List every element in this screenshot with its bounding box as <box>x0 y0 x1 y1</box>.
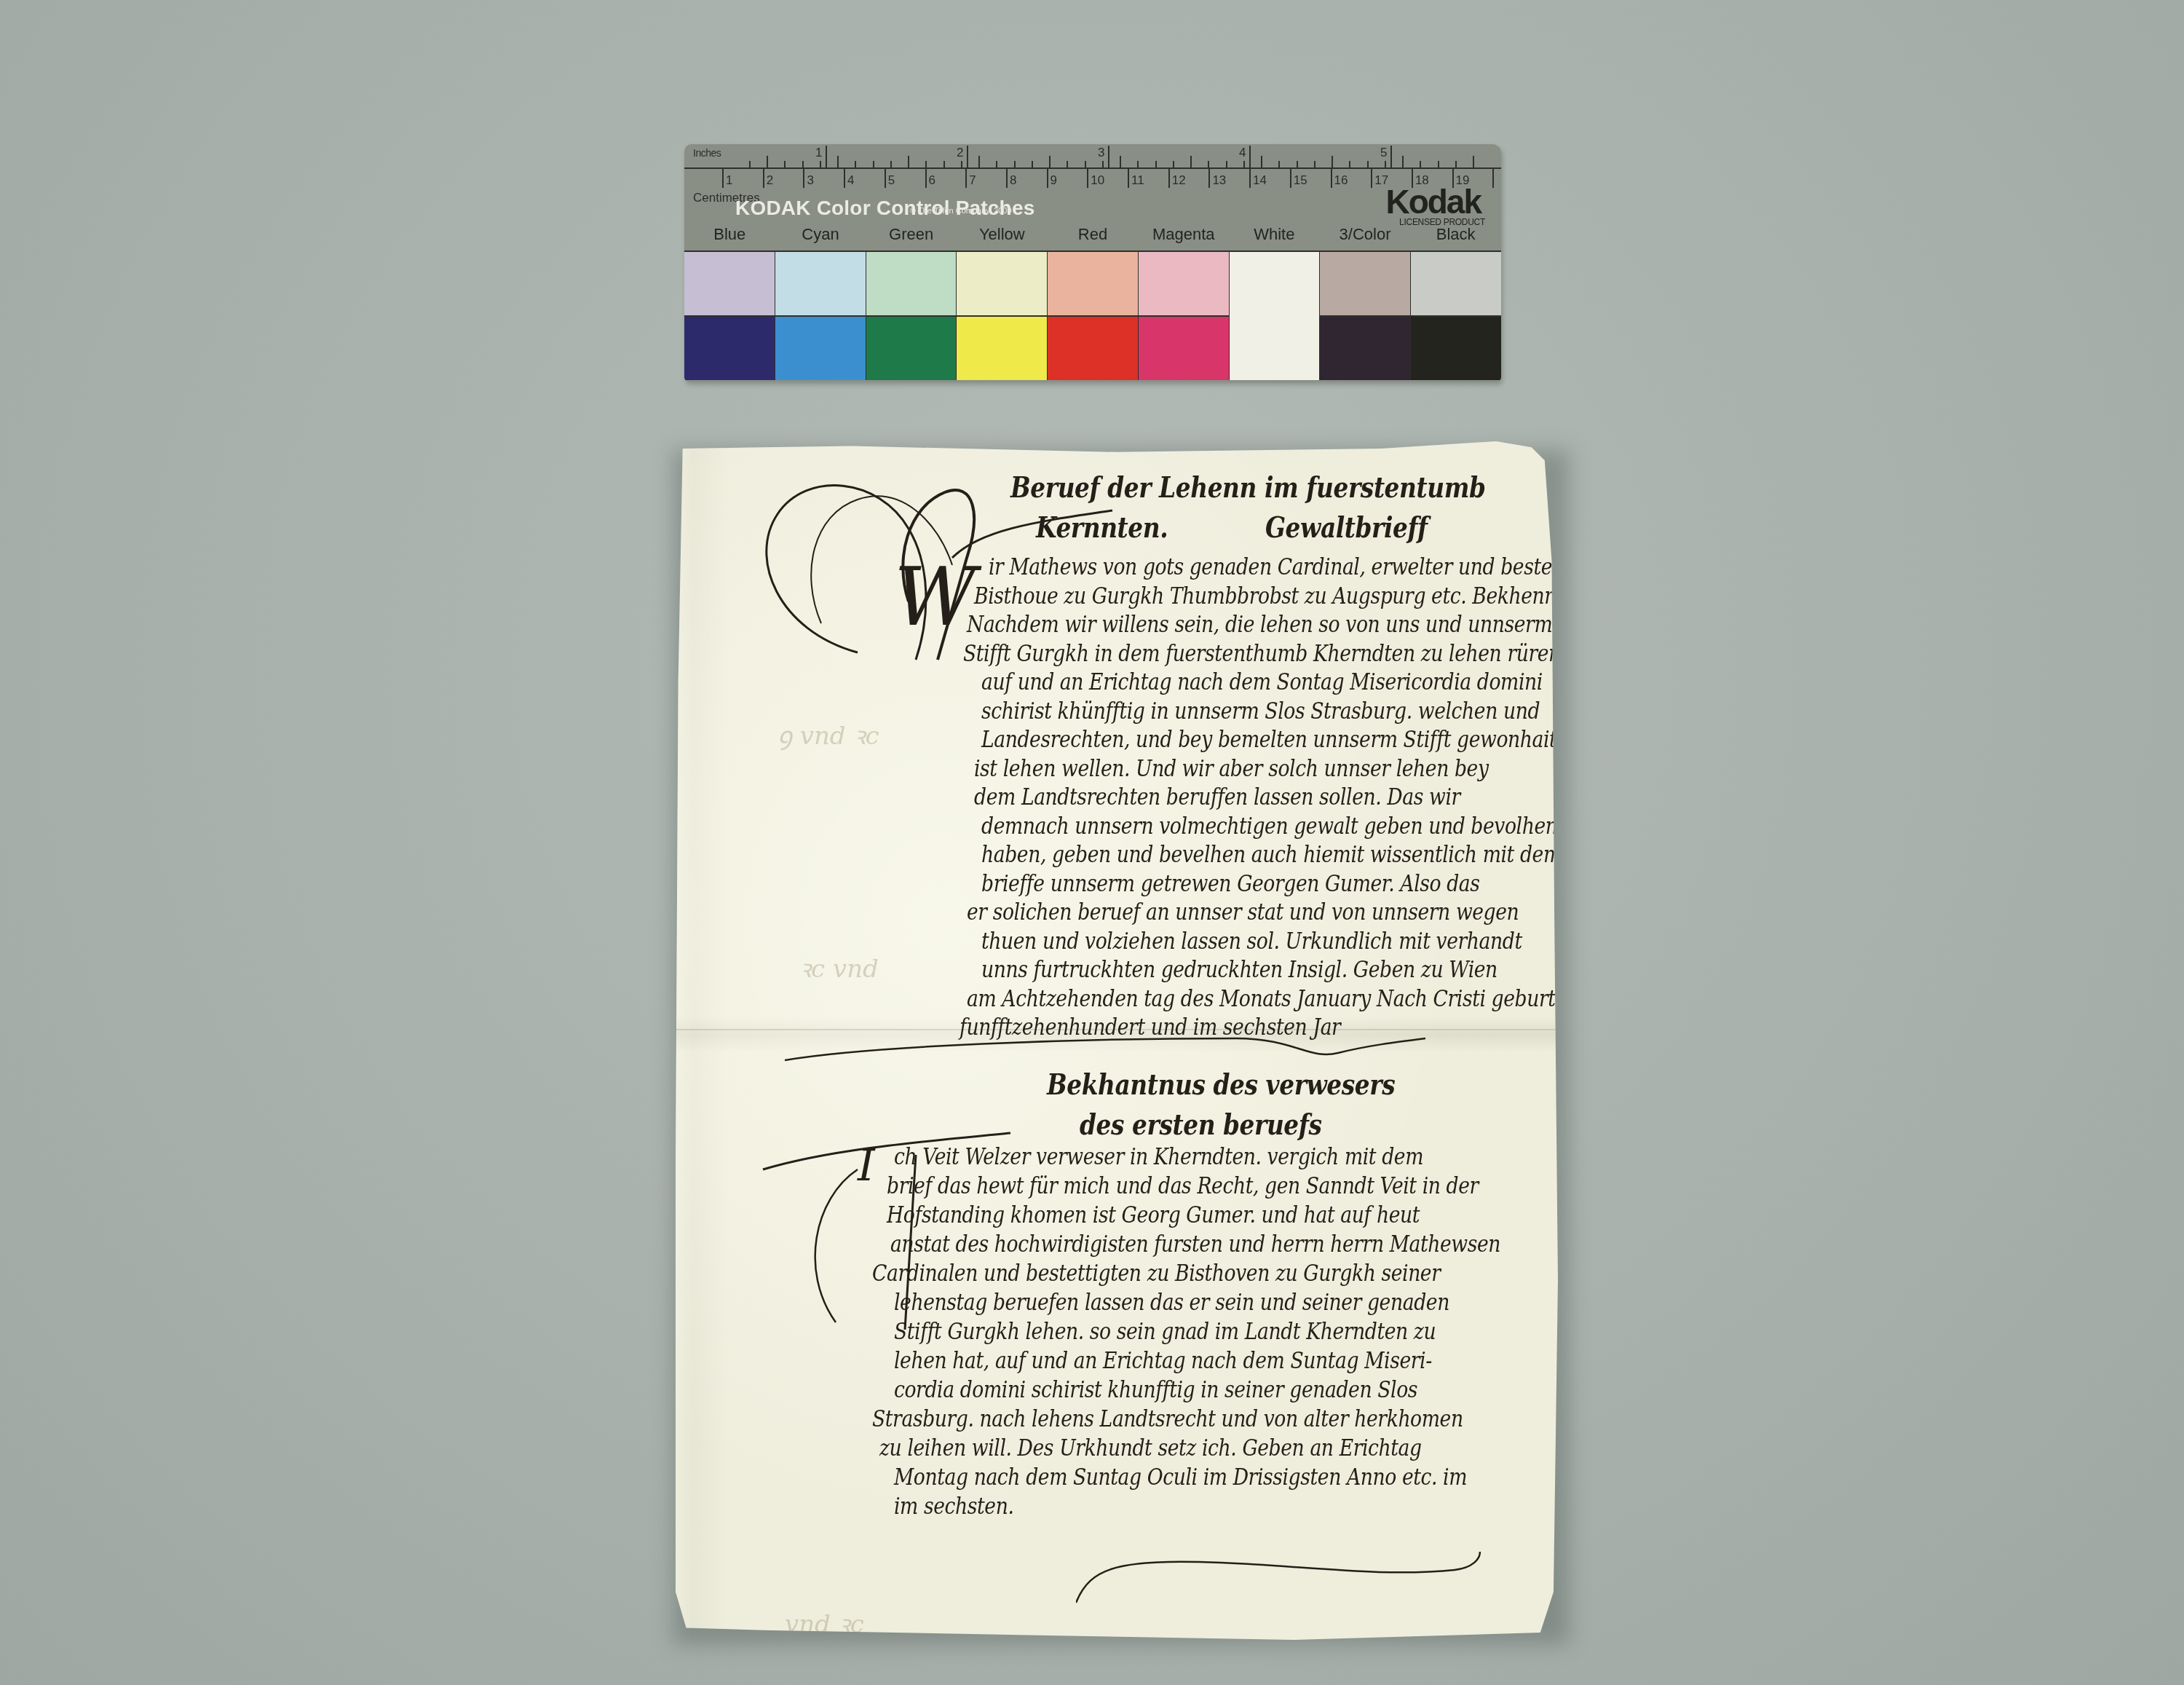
inch-subtick <box>1173 161 1174 167</box>
section2-line: Hofstanding khomen ist Georg Gumer. und … <box>887 1202 1420 1228</box>
patch-label: Magenta <box>1138 225 1229 248</box>
patch-label: 3/Color <box>1320 225 1411 248</box>
patch-red <box>1048 252 1139 380</box>
bleed-through-text: ꝛc vnd <box>799 951 879 984</box>
inch-subtick <box>749 161 751 167</box>
inch-subtick <box>996 161 997 167</box>
cm-number: 8 <box>1010 173 1016 188</box>
section1-line: Nachdem wir willens sein, die lehen so v… <box>967 612 1552 638</box>
inch-subtick <box>1155 161 1157 167</box>
line-flourish <box>785 1017 1440 1075</box>
section2-line: Cardinalen und bestettigten zu Bisthoven… <box>872 1260 1441 1287</box>
section1-line: am Achtzehenden tag des Monats January N… <box>967 986 1556 1012</box>
patch-light-tone <box>957 252 1047 315</box>
cm-number: 2 <box>767 173 773 188</box>
patch-label: Cyan <box>775 225 866 248</box>
inch-subtick <box>1049 156 1051 167</box>
patch-light-tone <box>866 252 957 315</box>
section2-line: im sechsten. <box>894 1493 1014 1520</box>
inch-tick <box>1108 146 1109 167</box>
inch-subtick <box>908 156 909 167</box>
cm-tick <box>1492 167 1494 188</box>
cm-number: 12 <box>1172 173 1186 188</box>
patch-light-tone <box>1320 252 1410 315</box>
cm-tick <box>1168 167 1170 188</box>
inch-subtick <box>1120 156 1121 167</box>
inch-subtick <box>1137 161 1139 167</box>
inch-subtick <box>925 161 927 167</box>
faded-stamp: ▯▯▯▯ ▯▯ ▯▯▯▯▯▯ <box>1040 1650 1198 1676</box>
section1-line: dem Landtsrechten beruffen lassen sollen… <box>974 784 1460 810</box>
inch-subtick <box>1367 161 1369 167</box>
inch-subtick <box>1067 161 1068 167</box>
inch-subtick <box>1438 161 1439 167</box>
inch-subtick <box>1261 156 1262 167</box>
cm-number: 9 <box>1051 173 1057 188</box>
section1-heading-place: Kernnten. <box>1036 510 1168 545</box>
inch-subtick <box>1102 161 1104 167</box>
inch-subtick <box>873 161 874 167</box>
cm-number: 1 <box>726 173 732 188</box>
cm-number: 5 <box>888 173 895 188</box>
section1-line: haben, geben und bevelhen auch hiemit wi… <box>981 842 1562 868</box>
cm-tick <box>1006 167 1008 188</box>
section2-line: brief das hewt für mich und das Recht, g… <box>887 1173 1479 1199</box>
cm-tick <box>844 167 845 188</box>
inch-subtick <box>855 161 856 167</box>
inch-subtick <box>1349 161 1350 167</box>
patch-light-tone <box>1139 252 1229 315</box>
manuscript-sheet: ꝯ vnd ꝛc ꝛc vnd vnd ꝛc W Beruef der Lehe… <box>676 441 1558 1640</box>
section1-heading: Beruef der Lehenn im fuerstentumb <box>1010 470 1486 505</box>
patch-magenta <box>1139 252 1230 380</box>
inch-subtick <box>1385 161 1386 167</box>
section2-line: cordia domini schirist khunfftig in sein… <box>894 1377 1417 1403</box>
cm-tick <box>763 167 764 188</box>
patch-full-tone <box>1230 316 1320 380</box>
drop-cap-initial: I <box>858 1140 875 1191</box>
cm-tick <box>1249 167 1251 188</box>
inch-number: 3 <box>1098 146 1104 160</box>
section2-line: zu leihen will. Des Urkhundt setz ich. G… <box>879 1435 1422 1461</box>
inch-subtick <box>1243 161 1245 167</box>
cm-number: 3 <box>807 173 813 188</box>
kodak-logo: Kodak <box>1385 182 1481 221</box>
patch-label: White <box>1229 225 1320 248</box>
patch-white <box>1230 252 1321 380</box>
bleed-through-text: ꝯ vnd ꝛc <box>778 718 879 751</box>
patch-label: Red <box>1048 225 1139 248</box>
inch-number: 5 <box>1380 146 1387 160</box>
section1-line: ist lehen wellen. Und wir aber solch unn… <box>974 756 1489 782</box>
cm-tick <box>1331 167 1332 188</box>
cm-tick <box>1290 167 1291 188</box>
section1-heading-title: Gewaltbrieff <box>1265 510 1428 545</box>
inch-subtick <box>890 161 892 167</box>
inch-number: 1 <box>815 146 822 160</box>
patch-light-tone <box>684 252 775 315</box>
drop-cap-initial: W <box>894 551 976 644</box>
inch-subtick <box>943 161 945 167</box>
target-copyright: © The Tiffen Company, 2000 <box>910 207 1012 216</box>
patch-label: Black <box>1410 225 1501 248</box>
section1-line: Bisthoue zu Gurgkh Thumbbrobst zu Augspu… <box>974 583 1580 609</box>
patch-blue <box>684 252 775 380</box>
inch-tick <box>967 146 968 167</box>
section2-line: lehen hat, auf und an Erichtag nach dem … <box>894 1348 1432 1374</box>
section1-line: auf und an Erichtag nach dem Sontag Mise… <box>981 669 1543 695</box>
patch-3-color <box>1320 252 1411 380</box>
section2-line: Strasburg. nach lehens Landtsrecht und v… <box>872 1406 1463 1432</box>
patch-light-tone <box>1048 252 1138 315</box>
inch-subtick <box>1014 161 1016 167</box>
inch-subtick <box>1455 161 1457 167</box>
cm-tick <box>1371 167 1372 188</box>
inch-subtick <box>837 156 839 167</box>
patch-label: Green <box>866 225 957 248</box>
inch-subtick <box>784 161 786 167</box>
patch-yellow <box>957 252 1048 380</box>
section2-line: anstat des hochwirdigisten fursten und h… <box>890 1231 1500 1258</box>
section2-line: lehenstag beruefen lassen das er sein un… <box>894 1290 1449 1316</box>
patch-full-tone <box>866 315 957 380</box>
section2-heading: Bekhantnus des verwesers <box>1047 1068 1395 1102</box>
cm-tick <box>803 167 804 188</box>
patch-full-tone <box>775 315 866 380</box>
patch-full-tone <box>1048 315 1138 380</box>
cm-tick <box>925 167 927 188</box>
patch-full-tone <box>1411 315 1501 380</box>
patch-green <box>866 252 957 380</box>
cm-tick <box>1047 167 1048 188</box>
section1-line: Landesrechten, und bey bemelten unnserm … <box>981 727 1556 753</box>
inch-subtick <box>1314 161 1315 167</box>
section1-line: brieffe unnserm getrewen Georgen Gumer. … <box>981 871 1480 897</box>
cm-tick <box>1128 167 1129 188</box>
inch-subtick <box>1473 156 1474 167</box>
inch-tick <box>1249 146 1251 167</box>
inch-subtick <box>1332 156 1333 167</box>
cm-number: 13 <box>1212 173 1226 188</box>
inch-subtick <box>1402 156 1404 167</box>
inch-subtick <box>1208 161 1209 167</box>
cm-number: 11 <box>1131 173 1144 188</box>
inch-subtick <box>1226 161 1227 167</box>
section1-line: Stifft Gurgkh in dem fuerstenthumb Khern… <box>963 641 1561 667</box>
kodak-color-control-target: Inches 12345678 123456789101112131415161… <box>684 144 1501 382</box>
cm-number: 16 <box>1334 173 1348 188</box>
cm-number: 10 <box>1091 173 1104 188</box>
inch-tick <box>1390 146 1392 167</box>
patch-light-tone <box>1230 252 1320 316</box>
cm-number: 14 <box>1253 173 1267 188</box>
inch-subtick <box>1420 161 1421 167</box>
patch-labels: Blue Cyan Green Yellow Red Magenta White… <box>684 225 1501 248</box>
closing-flourish <box>1076 1552 1484 1610</box>
inch-subtick <box>1032 161 1033 167</box>
patch-label: Blue <box>684 225 775 248</box>
inch-number: 4 <box>1239 146 1246 160</box>
section2-line: ch Veit Welzer verweser in Kherndten. ve… <box>894 1144 1423 1170</box>
cm-number: 7 <box>969 173 976 188</box>
section1-line: schirist khünfftig in unnserm Slos Stras… <box>981 698 1540 725</box>
cm-number: 15 <box>1294 173 1307 188</box>
patch-cyan <box>775 252 866 380</box>
section1-line: thuen und volziehen lassen sol. Urkundli… <box>981 928 1522 955</box>
inch-subtick <box>802 161 804 167</box>
section1-line: demnach unnsern volmechtigen gewalt gebe… <box>981 813 1558 840</box>
section1-line: er solichen beruef an unnser stat und vo… <box>967 899 1519 926</box>
section1-line: ir Mathews von gots genaden Cardinal, er… <box>989 554 1641 580</box>
patch-full-tone <box>1320 315 1410 380</box>
inch-subtick <box>1297 161 1298 167</box>
patch-full-tone <box>1139 315 1229 380</box>
cm-number: 6 <box>929 173 935 188</box>
cm-number: 4 <box>847 173 854 188</box>
cm-tick <box>1087 167 1088 188</box>
patch-label: Yellow <box>957 225 1048 248</box>
section2-line: Stifft Gurgkh lehen. so sein gnad im Lan… <box>894 1319 1436 1345</box>
inch-tick <box>826 146 827 167</box>
patch-full-tone <box>957 315 1047 380</box>
cm-tick <box>965 167 967 188</box>
inch-subtick <box>1190 156 1192 167</box>
inch-subtick <box>1085 161 1086 167</box>
inch-subtick <box>1278 161 1280 167</box>
inch-number: 2 <box>957 146 963 160</box>
patch-black <box>1411 252 1501 380</box>
cm-tick <box>722 167 724 188</box>
section2-heading-sub: des ersten beruefs <box>1080 1108 1322 1142</box>
section2-line: Montag nach dem Suntag Oculi im Drissigs… <box>894 1464 1467 1491</box>
inch-ruler: Inches 12345678 <box>684 144 1501 169</box>
inch-subtick <box>961 161 962 167</box>
patch-light-tone <box>775 252 866 315</box>
section1-line: unns furtruckhten gedruckhten Insigl. Ge… <box>981 957 1497 983</box>
inch-subtick <box>820 161 821 167</box>
cm-tick <box>1208 167 1210 188</box>
inches-label: Inches <box>693 147 721 159</box>
color-patches <box>684 250 1501 380</box>
inch-subtick <box>767 156 768 167</box>
cm-tick <box>885 167 886 188</box>
inch-subtick <box>978 156 980 167</box>
patch-light-tone <box>1411 252 1501 315</box>
patch-full-tone <box>684 315 775 380</box>
